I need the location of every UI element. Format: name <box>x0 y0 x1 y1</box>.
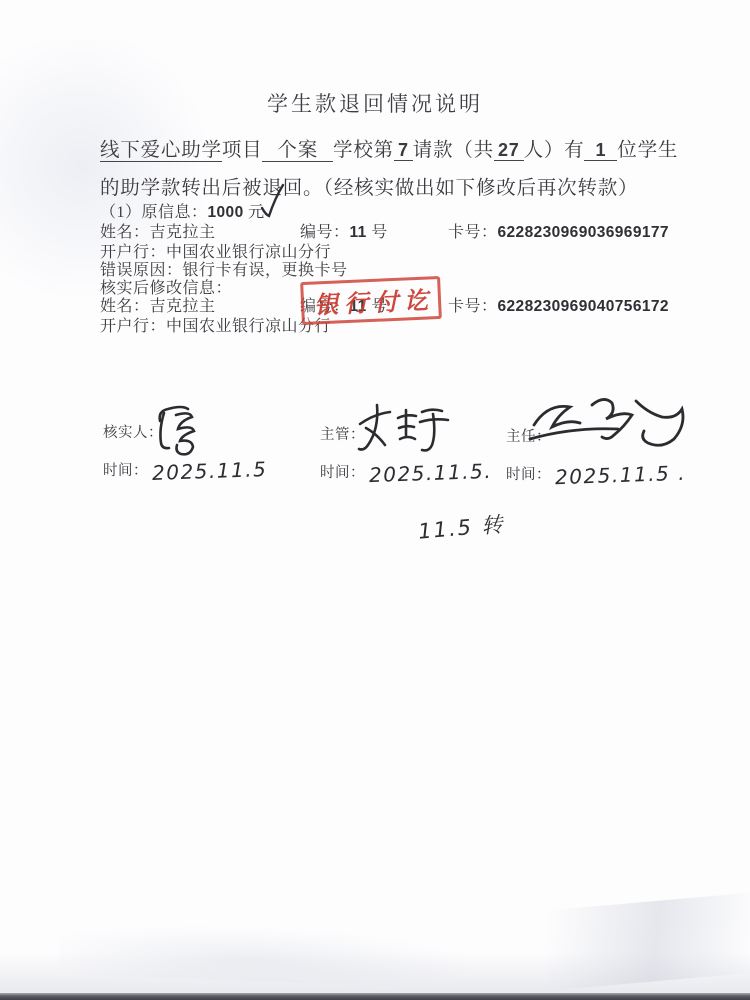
director-time-label: 时间： <box>506 467 551 483</box>
scan-edge <box>0 993 750 1000</box>
revised-bank-row: 开户行：中国农业银行凉山分行 <box>100 313 331 336</box>
original-number-unit: 号 <box>371 224 388 241</box>
intro-text: 人）有 <box>524 140 585 161</box>
intro-text: 请款（共 <box>413 140 494 161</box>
intro-total-count: 27 <box>494 140 524 161</box>
director-signature <box>520 381 702 467</box>
verifier-time-label: 时间： <box>103 463 148 479</box>
intro-project-type: 线下爱心助学 <box>100 140 222 162</box>
revised-card-number: 6228230969040756172 <box>498 298 669 315</box>
paper-shadow <box>0 952 750 994</box>
intro-case-type: 个案 <box>262 140 333 162</box>
intro-line-2: 的助学款转出后被退回。（经核实做出如下修改后再次转款） <box>100 172 638 200</box>
document-title: 学生款退回情况说明 <box>0 88 750 118</box>
supervisor-time-label: 时间： <box>320 465 365 481</box>
supervisor-date: 2025.11.5. <box>369 459 493 487</box>
director-time-row: 时间：2025.11.5 . <box>506 463 686 487</box>
intro-returned-count: 1 <box>584 140 617 161</box>
intro-batch-number: 7 <box>394 140 413 161</box>
intro-text: 学校第 <box>333 140 394 161</box>
scanned-document-page: 学生款退回情况说明 线下爱心助学项目个案学校第7请款（共27人）有1位学生 的助… <box>0 0 750 1000</box>
revised-bank-label: 开户行： <box>100 318 166 335</box>
revised-card-label: 卡号： <box>448 298 498 315</box>
checkmark-icon <box>258 183 286 223</box>
director-date: 2025.11.5 . <box>555 461 687 490</box>
bank-paid-stamp-text: 银行付讫 <box>307 280 434 320</box>
intro-text: 项目 <box>222 140 263 161</box>
supervisor-signature <box>352 397 460 463</box>
original-card-label: 卡号： <box>448 224 498 241</box>
revised-card-field: 卡号：6228230969040756172 <box>448 293 669 316</box>
original-card-field: 卡号：6228230969036969177 <box>448 219 669 242</box>
verifier-signature <box>148 399 226 461</box>
supervisor-time-row: 时间：2025.11.5. <box>320 461 492 485</box>
verifier-date: 2025.11.5 <box>152 457 268 485</box>
intro-line-1: 线下爱心助学项目个案学校第7请款（共27人）有1位学生 <box>100 134 678 162</box>
handwritten-transfer-note: 11.5 转 <box>417 508 506 545</box>
verifier-time-row: 时间：2025.11.5 <box>103 459 267 483</box>
bank-paid-stamp: 银行付讫 <box>300 276 442 325</box>
original-number: 11 <box>350 224 367 241</box>
original-card-number: 6228230969036969177 <box>498 224 669 241</box>
intro-text: 位学生 <box>617 140 678 161</box>
